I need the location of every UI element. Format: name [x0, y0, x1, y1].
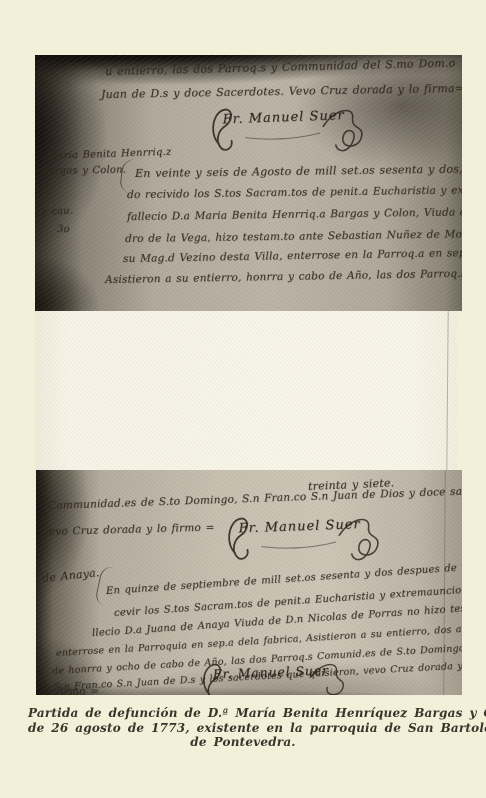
- caption: Partida de defunción de D.ª María Benita…: [28, 706, 458, 750]
- manuscript-line: En veinte y seis de Agosto de mill set.o…: [135, 162, 462, 180]
- caption-line: Partida de defunción de D.ª María Benita…: [28, 706, 458, 721]
- margin-name: Maria Benita Henrriq.z: [47, 147, 172, 162]
- manuscript-line: do recivido los S.tos Sacram.tos de peni…: [127, 183, 462, 201]
- manuscript-line: su Mag.d Vezino desta Villa, enterrose e…: [123, 246, 462, 265]
- margin-note: y cau.: [41, 205, 74, 218]
- book-page: { "colors": { "page_background": "#f3efd…: [0, 0, 486, 798]
- manuscript-plate-top: u entierro, las dos Parroq.s y Communida…: [35, 55, 462, 311]
- manuscript-line: Vevo Cruz dorada y lo firmo =: [42, 521, 215, 538]
- blank-register-strip: [35, 311, 457, 470]
- register-page-edge: [446, 311, 448, 470]
- page: u entierro, las dos Parroq.s y Communida…: [0, 0, 486, 798]
- signature-fr-manuel-suer: Fr. Manuel Suer: [220, 508, 392, 566]
- margin-note: 3o: [57, 224, 70, 235]
- manuscript-plate-bottom: treinta y siete. Communidad.es de S.to D…: [36, 470, 462, 695]
- manuscript-line: firmo =: [56, 685, 99, 695]
- manuscript-line: Juan de D.s y doce Sacerdotes. Vevo Cruz…: [101, 82, 462, 101]
- margin-name: Bargas y Colon.: [41, 165, 126, 177]
- signature-fr-manuel-suer: Fr. Manuel Suer: [204, 99, 376, 157]
- caption-line: de 26 agosto de 1773, existente en la pa…: [28, 721, 458, 736]
- signature-fr-manuel-suer: Fr. Manuel Suer: [195, 655, 358, 695]
- manuscript-line: Asistieron a su entierro, honrra y cabo …: [105, 267, 462, 286]
- margin-name: de Anaya.: [41, 566, 100, 585]
- manuscript-line: u entierro, las dos Parroq.s y Communida…: [105, 56, 455, 78]
- caption-line: de Pontevedra.: [28, 735, 458, 750]
- signature-flourish: [220, 508, 392, 566]
- manuscript-line: dro de la Vega, hizo testam.to ante Seba…: [125, 227, 462, 245]
- signature-flourish: [204, 99, 376, 157]
- manuscript-line: fallecio D.a Maria Benita Henrriq.a Barg…: [127, 206, 462, 223]
